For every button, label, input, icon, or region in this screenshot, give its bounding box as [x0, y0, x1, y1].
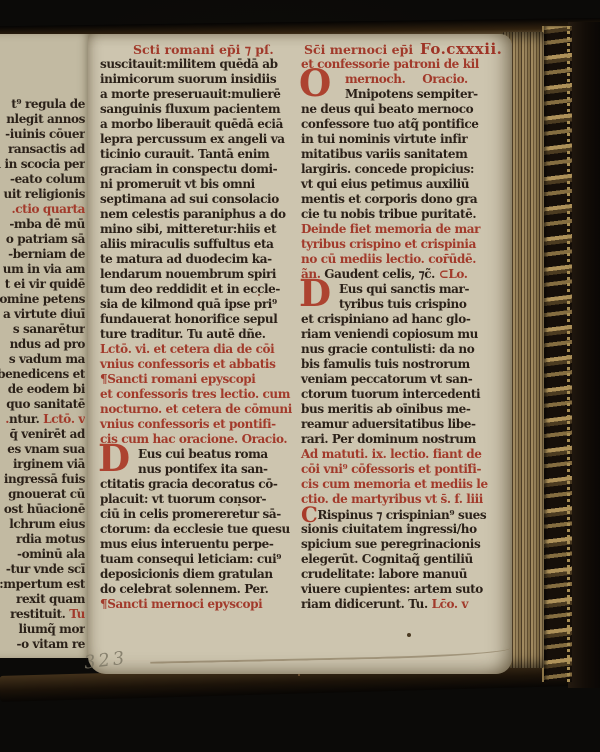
ink-text-segment: mino sibi, mitteretur:hiis et	[100, 222, 276, 236]
ink-text-segment: te matura ad duodecim ka-	[100, 252, 272, 266]
ink-text-segment: ntur.	[9, 412, 43, 426]
text-line: Deinde fiet memoria de mar	[301, 222, 499, 237]
text-line: irginem viā	[0, 457, 85, 472]
ink-text-segment: septimana ad sui consolacio	[100, 192, 279, 206]
rubric-text-segment: Lctō. vi. et cetera dia de cōi	[100, 342, 274, 356]
ink-text-segment: inimicorum suorum insidiis	[100, 72, 276, 86]
ink-text-segment: viuere cupientes: artem suto	[301, 582, 483, 596]
ink-text-segment: lendarum nouembrum spiri	[100, 267, 276, 281]
text-line: a morte preseruauit:mulierē	[100, 87, 298, 102]
ink-text-segment: ransactis ad	[8, 142, 85, 156]
facing-page-text-column: t⁹ regula denlegit annosiuinis cōuer-ran…	[0, 97, 85, 652]
text-line: nlegit annos	[0, 112, 85, 127]
ink-text-segment: omine petens	[0, 292, 85, 306]
text-line: restituit. Tu	[0, 607, 85, 622]
ink-text-segment: ctitatis gracia decoratus cō-	[100, 477, 277, 491]
ink-text-segment: rexit quam	[16, 592, 85, 606]
text-line: deposicionis diem gratulan	[100, 567, 298, 582]
ink-text-segment: ctorum: da ecclesie tue quesu	[100, 522, 290, 536]
rubric-text-segment: ctio. de martyribus vt s̄. f. liii	[301, 492, 483, 506]
ink-text-segment: aliis miraculis suffultus eta	[100, 237, 273, 251]
text-line: Eus cui beatus roma	[100, 447, 298, 462]
text-line: gnouerat cū	[0, 487, 85, 502]
text-line: mino sibi, mitteretur:hiis et	[100, 222, 298, 237]
ink-text-segment: spicium sue peregrinacionis	[301, 537, 480, 551]
rubric-text-segment: cis cum memoria et mediis le	[301, 477, 488, 491]
text-line: nocturno. et cetera de cōmuni	[100, 402, 298, 417]
text-line: rari. Per dominum nostrum	[301, 432, 499, 447]
text-line: uit religionis	[0, 187, 85, 202]
ink-text-segment: sia de kilmond quā ipse pri⁹	[100, 297, 277, 311]
binding-leather-cover	[568, 22, 600, 688]
text-line: viuere cupientes: artem suto	[301, 582, 499, 597]
rubric-text-segment: tyribus crispino et crispinia	[301, 237, 476, 251]
text-line: te matura ad duodecim ka-	[100, 252, 298, 267]
text-line: lendarum nouembrum spiri	[100, 267, 298, 282]
ink-text-segment: restituit.	[10, 607, 69, 621]
text-line: ãn. Gaudent celis, ⁊c̃. ⊂Lo.	[301, 267, 499, 282]
ink-text-segment: mpertum est:	[0, 577, 85, 591]
text-line: crudelitate: labore manuū	[301, 567, 499, 582]
rubric-text-segment: Deinde fiet memoria de mar	[301, 222, 480, 236]
text-line: mernoch. Oracio.	[301, 72, 499, 87]
ink-text-segment: de eodem bi	[8, 382, 85, 396]
ink-text-segment: s vadum ma	[9, 352, 85, 366]
text-line: t ei vir quidē	[0, 277, 85, 292]
ink-text-segment: eato colum-	[10, 172, 85, 186]
text-line: et crispiniano ad hanc glo-	[301, 312, 499, 327]
ink-text-segment: elegerūt. Cognitaq̃ gentiliū	[301, 552, 473, 566]
text-line: tyribus tuis crispino	[301, 297, 499, 312]
text-line: ominū ala-	[0, 547, 85, 562]
text-line: tum deo reddidit et in eccle-	[100, 282, 298, 297]
text-line: ciū in celis promereretur sā-	[100, 507, 298, 522]
text-line: Eus qui sanctis mar-	[301, 282, 499, 297]
text-line: quo sanitatē	[0, 397, 85, 412]
text-line: sia de kilmond quā ipse pri⁹	[100, 297, 298, 312]
ink-text-segment: ne deus qui beato mernoco	[301, 102, 473, 116]
text-line: ticinio curauit. Tantā enim	[100, 147, 298, 162]
text-line: ctio. de martyribus vt s̄. f. liii	[301, 492, 499, 507]
text-line: nus pontifex ita san-	[100, 462, 298, 477]
ink-text-segment: liumq̃ mor	[18, 622, 85, 636]
ink-text-segment: iuinis cōuer-	[5, 127, 85, 141]
running-header-right: Sc̄i mernoci ep̄i	[304, 42, 413, 57]
ink-text-segment: riam veniendi copiosum mu	[301, 327, 478, 341]
ink-text-segment: irginem viā	[13, 457, 85, 471]
text-line: de eodem bi	[0, 382, 85, 397]
ink-text-segment: um in via am	[3, 262, 85, 276]
ink-text-segment: in tui nominis virtute infir	[301, 132, 467, 146]
ink-text-segment: tyribus tuis crispino	[339, 297, 466, 311]
text-line: ture traditur. Tu autē dñe.	[100, 327, 298, 342]
rubric-text-segment: ¶Sancti mernoci epyscopi	[100, 597, 262, 611]
ink-text-segment: berniam de-	[8, 247, 85, 261]
ink-text-segment: nlegit annos	[6, 112, 85, 126]
ink-text-segment: ni promeruit vt bis omni	[100, 177, 255, 191]
ink-text-segment: nus gracie contulisti: da no	[301, 342, 474, 356]
rubric-text-segment: vnius confessoris et abbatis	[100, 357, 275, 371]
ink-text-segment: t ei vir quidē	[5, 277, 85, 291]
ink-text-segment: rari. Per dominum nostrum	[301, 432, 476, 446]
rubric-text-segment: et confessorie patroni de kil	[301, 57, 479, 71]
ink-text-segment: vt qui eius petimus auxiliū	[301, 177, 469, 191]
text-line: mpertum est:	[0, 577, 85, 592]
text-line: q̄ venirēt ad	[0, 427, 85, 442]
text-line: vnius confessoris et abbatis	[100, 357, 298, 372]
text-line: nus gracie contulisti: da no	[301, 342, 499, 357]
ink-text-segment: ture traditur. Tu autē dñe.	[100, 327, 266, 341]
ink-text-segment: placuit: vt tuorum consor-	[100, 492, 266, 506]
text-line: riam didicerunt. Tu. Lc̄o. v	[301, 597, 499, 612]
ink-text-segment: benedicens et	[0, 367, 85, 381]
text-line: ne deus qui beato mernoco	[301, 102, 499, 117]
text-line: rexit quam	[0, 592, 85, 607]
text-line: suscitauit:militem quēdā ab	[100, 57, 298, 72]
text-line: mentis et corporis dono gra	[301, 192, 499, 207]
ink-text-segment: o vitam re-	[17, 637, 85, 651]
ink-text-segment: cie tu nobis tribue puritatē.	[301, 207, 476, 221]
rubric-text-segment: et confessoris tres lectio. cum	[100, 387, 290, 401]
text-line: lepra percussum ex angeli va	[100, 132, 298, 147]
ink-text-segment: s sanarētur	[13, 322, 85, 336]
ink-text-segment: uit religionis	[4, 187, 85, 201]
ink-text-segment: suscitauit:militem quēdā ab	[100, 57, 278, 71]
ink-text-segment: Rispinus ⁊ crispinian⁹ sues	[317, 508, 486, 522]
ink-text-segment: do celebrat solennem. Per.	[100, 582, 268, 596]
ink-text-segment: largiris. concede propicius:	[301, 162, 474, 176]
ink-text-segment: ticinio curauit. Tantā enim	[100, 147, 269, 161]
ink-text-segment: a morte preseruauit:mulierē	[100, 87, 280, 101]
text-line: s sanarētur	[0, 322, 85, 337]
text-line: tuam consequi leticiam: cui⁹	[100, 552, 298, 567]
text-line: elegerūt. Cognitaq̃ gentiliū	[301, 552, 499, 567]
text-line: veniam peccatorum vt san-	[301, 372, 499, 387]
text-line: ctorum tuorum intercedenti	[301, 387, 499, 402]
text-line: sionis ciuitatem ingressi/ho	[301, 522, 499, 537]
text-line: et confessoris tres lectio. cum	[100, 387, 298, 402]
text-line: Ad matuti. ix. lectio. fiant de	[301, 447, 499, 462]
ink-text-segment: ctorum tuorum intercedenti	[301, 387, 480, 401]
rubric-text-segment: ⊂Lo.	[439, 267, 468, 281]
text-line: bis famulis tuis nostrorum	[301, 357, 499, 372]
text-line: septimana ad sui consolacio	[100, 192, 298, 207]
ink-text-segment: bus meritis ab oīnibus me-	[301, 402, 470, 416]
ink-text-segment: gnouerat cū	[8, 487, 85, 501]
text-line: riam veniendi copiosum mu	[301, 327, 499, 342]
text-line: Lctō. vi. et cetera dia de cōi	[100, 342, 298, 357]
ink-text-segment: q̄ venirēt ad	[9, 427, 85, 441]
ink-text-segment: es vnam sua	[7, 442, 85, 456]
text-line: o patriam sā	[0, 232, 85, 247]
ink-text-segment: ingressā fuis	[4, 472, 85, 486]
text-line: lchrum eius	[0, 517, 85, 532]
text-line: um in via am	[0, 262, 85, 277]
text-line: a morbo liberauit quēdā eciā	[100, 117, 298, 132]
text-line: mba dē mū-	[0, 217, 85, 232]
text-line: cis cum hac oracione. Oracio.	[100, 432, 298, 447]
ink-text-segment: quo sanitatē	[6, 397, 85, 411]
rubric-text-segment: mernoch. Oracio.	[345, 72, 468, 86]
ink-text-segment: et crispiniano ad hanc glo-	[301, 312, 470, 326]
ink-text-segment: sionis ciuitatem ingressi/ho	[301, 522, 477, 536]
text-line: inimicorum suorum insidiis	[100, 72, 298, 87]
text-line: vnius confessoris et pontifi-	[100, 417, 298, 432]
ink-text-segment: confessore tuo atq̃ pontifice	[301, 117, 479, 131]
text-line: vt qui eius petimus auxiliū	[301, 177, 499, 192]
text-line: cie tu nobis tribue puritatē.	[301, 207, 499, 222]
text-line: rdia motus	[0, 532, 85, 547]
left-text-column: Dsuscitauit:militem quēdā abinimicorum s…	[100, 57, 298, 612]
rubric-text-segment: ctio quarta.	[11, 202, 85, 216]
text-line: Mnipotens sempiter-	[301, 87, 499, 102]
text-line: no cū mediis lectio. cor̄ūdē.	[301, 252, 499, 267]
ink-text-segment: riam didicerunt. Tu.	[301, 597, 432, 611]
rubric-text-segment: no cū mediis lectio. cor̄ūdē.	[301, 252, 476, 266]
text-line: es vnam sua	[0, 442, 85, 457]
text-line: graciam in conspectu domi-	[100, 162, 298, 177]
ink-text-segment: rdia motus	[16, 532, 85, 546]
text-line: ndus ad pro	[0, 337, 85, 352]
ink-text-segment: nus pontifex ita san-	[138, 462, 268, 476]
text-line: ctorum: da ecclesie tue quesu	[100, 522, 298, 537]
text-line: ¶Sancti romani epyscopi	[100, 372, 298, 387]
running-header-left: Scti romani ep̄i ⁊ pſ.	[133, 42, 274, 57]
text-line: benedicens et	[0, 367, 85, 382]
text-line: placuit: vt tuorum consor-	[100, 492, 298, 507]
text-line: cis cum memoria et mediis le	[301, 477, 499, 492]
text-line: mus eius interuentu perpe-	[100, 537, 298, 552]
ink-text-segment: ciū in celis promereretur sā-	[100, 507, 281, 521]
ink-text-segment: fundauerat honorifice sepul	[100, 312, 277, 326]
text-line: ctitatis gracia decoratus cō-	[100, 477, 298, 492]
ink-text-segment: ominū ala-	[17, 547, 85, 561]
ink-text-segment: t⁹ regula de	[11, 97, 85, 111]
text-line: omine petens	[0, 292, 85, 307]
text-line: largiris. concede propicius:	[301, 162, 499, 177]
rubric-text-segment: ¶Sancti romani epyscopi	[100, 372, 255, 386]
ink-text-segment: n in scocia per	[0, 157, 85, 171]
text-line: s vadum ma	[0, 352, 85, 367]
ink-text-segment: Mnipotens sempiter-	[345, 87, 478, 101]
text-line: ost hūacionē	[0, 502, 85, 517]
text-line: reamur aduersitatibus libe-	[301, 417, 499, 432]
ink-text-segment: reamur aduersitatibus libe-	[301, 417, 476, 431]
text-line: ransactis ad	[0, 142, 85, 157]
ink-text-segment: crudelitate: labore manuū	[301, 567, 467, 581]
ink-text-segment: Eus qui sanctis mar-	[339, 282, 469, 296]
text-line: cōi vni⁹ cōfessoris et pontifi-	[301, 462, 499, 477]
text-line: do celebrat solennem. Per.	[100, 582, 298, 597]
rubric-text-segment: cis cum hac oracione. Oracio.	[100, 432, 287, 446]
ink-text-segment: graciam in conspectu domi-	[100, 162, 277, 176]
right-text-column: ODet confessorie patroni de kilmernoch. …	[301, 57, 499, 612]
rubric-text-segment: nocturno. et cetera de cōmuni	[100, 402, 292, 416]
ink-text-segment: nem celestis paraniphus a do	[100, 207, 286, 221]
text-line: in tui nominis virtute infir	[301, 132, 499, 147]
ink-text-segment: o patriam sā	[6, 232, 85, 246]
text-line: tyribus crispino et crispinia	[301, 237, 499, 252]
text-line: ¶Sancti mernoci epyscopi	[100, 597, 298, 612]
ink-text-segment: lchrum eius	[9, 517, 85, 531]
facing-page-fragment: t⁹ regula denlegit annosiuinis cōuer-ran…	[0, 34, 93, 658]
ink-text-segment: lepra percussum ex angeli va	[100, 132, 285, 146]
text-line: sanguinis fluxum pacientem	[100, 102, 298, 117]
text-line: mitatibus variis sanitatem	[301, 147, 499, 162]
folio-number: Fo.cxxxii.	[420, 40, 502, 58]
text-line: ingressā fuis	[0, 472, 85, 487]
ink-text-segment: deposicionis diem gratulan	[100, 567, 273, 581]
ink-text-segment: Gaudent celis, ⁊c̃.	[324, 267, 438, 281]
gilt-tooling-border	[542, 26, 572, 682]
rubric-text-segment: Tu	[69, 607, 85, 621]
ink-text-segment: a virtute diuī	[3, 307, 85, 321]
rubric-text-segment: vnius confessoris et pontifi-	[100, 417, 276, 431]
rubric-text-segment: Ad matuti. ix. lectio. fiant de	[301, 447, 481, 461]
text-line: fundauerat honorifice sepul	[100, 312, 298, 327]
text-line: nem celestis paraniphus a do	[100, 207, 298, 222]
ink-text-segment: sanguinis fluxum pacientem	[100, 102, 280, 116]
text-line: a virtute diuī	[0, 307, 85, 322]
text-line: bus meritis ab oīnibus me-	[301, 402, 499, 417]
text-line: et confessorie patroni de kil	[301, 57, 499, 72]
ink-text-segment: mitatibus variis sanitatem	[301, 147, 467, 161]
text-line: confessore tuo atq̃ pontifice	[301, 117, 499, 132]
rubric-text-segment: Lc̄o. v	[432, 597, 468, 611]
ink-text-segment: bis famulis tuis nostrorum	[301, 357, 470, 371]
text-line: ni promeruit vt bis omni	[100, 177, 298, 192]
text-line: ctio quarta.	[0, 202, 85, 217]
text-line: tur vnde scī-	[0, 562, 85, 577]
ink-text-segment: Eus cui beatus roma	[138, 447, 268, 461]
ink-text-segment: ost hūacionē	[4, 502, 85, 516]
ink-text-segment: ndus ad pro	[10, 337, 85, 351]
text-line: iuinis cōuer-	[0, 127, 85, 142]
text-line: eato colum-	[0, 172, 85, 187]
text-line: ntur. Lctō. v.	[0, 412, 85, 427]
text-line: liumq̃ mor	[0, 622, 85, 637]
text-line: CRispinus ⁊ crispinian⁹ sues	[301, 507, 499, 522]
ink-text-segment: mba dē mū-	[9, 217, 85, 231]
text-line: t⁹ regula de	[0, 97, 85, 112]
ink-text-segment: tum deo reddidit et in eccle-	[100, 282, 280, 296]
text-line: o vitam re-	[0, 637, 85, 652]
text-line: berniam de-	[0, 247, 85, 262]
ink-text-segment: mentis et corporis dono gra	[301, 192, 477, 206]
text-line: n in scocia per	[0, 157, 85, 172]
ink-text-segment: veniam peccatorum vt san-	[301, 372, 472, 386]
text-line: spicium sue peregrinacionis	[301, 537, 499, 552]
ink-text-segment: a morbo liberauit quēdā eciā	[100, 117, 283, 131]
rubric-text-segment: cōi vni⁹ cōfessoris et pontifi-	[301, 462, 481, 476]
rubric-text-segment: ãn.	[301, 267, 324, 281]
ink-text-segment: tur vnde scī-	[6, 562, 85, 576]
text-line: aliis miraculis suffultus eta	[100, 237, 298, 252]
ink-text-segment: mus eius interuentu perpe-	[100, 537, 273, 551]
ink-text-segment: tuam consequi leticiam: cui⁹	[100, 552, 281, 566]
